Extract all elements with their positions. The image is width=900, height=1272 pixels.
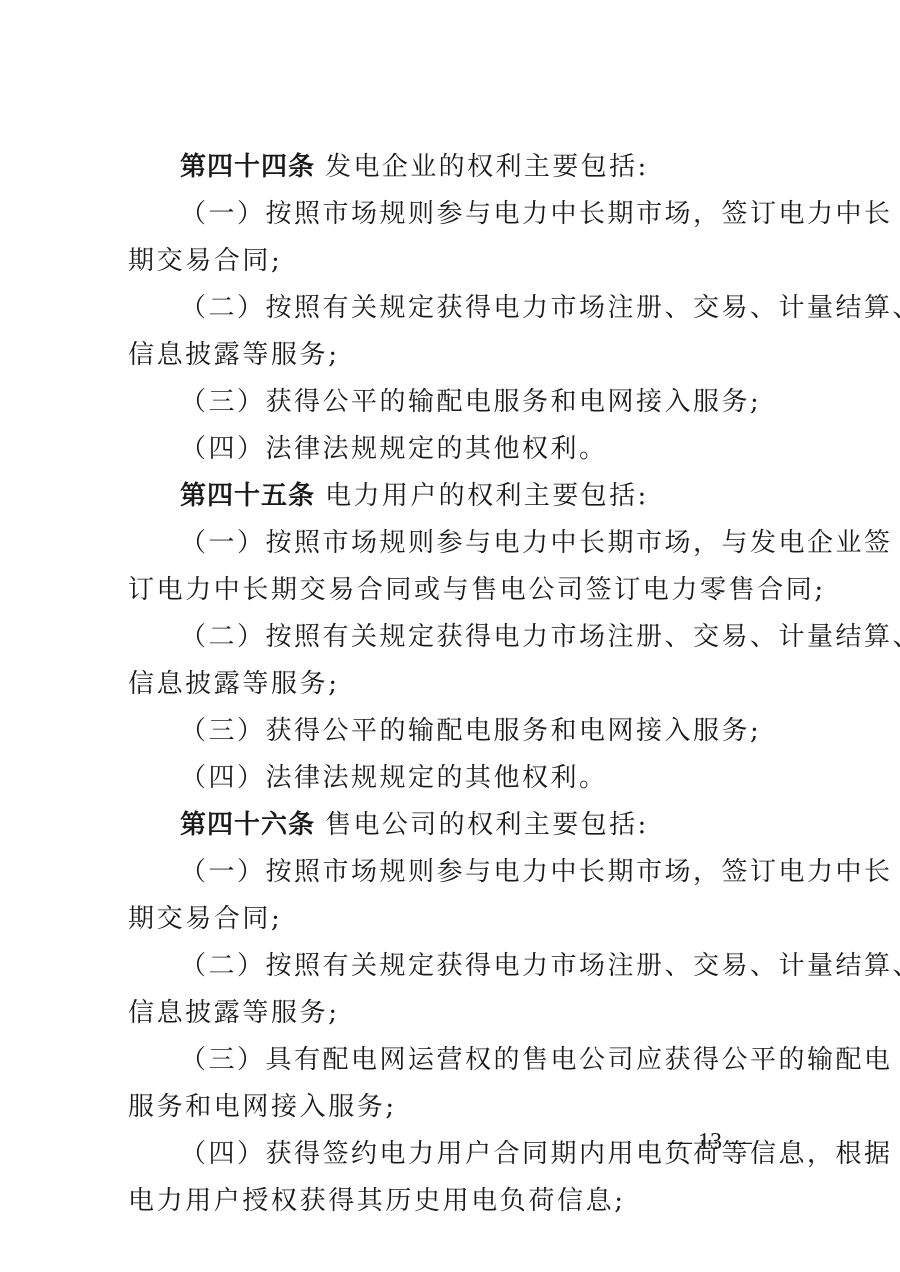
paragraph-line: 期交易合同; xyxy=(128,246,778,276)
article-intro: 电力用户的权利主要包括: xyxy=(325,481,649,511)
paragraph-line: （一）按照市场规则参与电力中长期市场，签订电力中长 xyxy=(180,857,830,887)
article-44-heading: 第四十四条 发电企业的权利主要包括: xyxy=(180,152,830,182)
article-45-heading: 第四十五条 电力用户的权利主要包括: xyxy=(180,481,830,511)
article-46-heading: 第四十六条 售电公司的权利主要包括: xyxy=(180,810,830,840)
paragraph-line: 电力用户授权获得其历史用电负荷信息; xyxy=(128,1186,778,1216)
article-title: 第四十五条 xyxy=(180,481,315,511)
paragraph-line: （二）按照有关规定获得电力市场注册、交易、计量结算、 xyxy=(180,951,830,981)
page-number: — 13 — xyxy=(668,1128,752,1156)
paragraph-line: （三）获得公平的输配电服务和电网接入服务; xyxy=(180,387,830,417)
paragraph-line: （一）按照市场规则参与电力中长期市场，与发电企业签 xyxy=(180,528,830,558)
paragraph-line: （四）法律法规规定的其他权利。 xyxy=(180,434,830,464)
paragraph-line: 信息披露等服务; xyxy=(128,998,778,1028)
paragraph-line: 订电力中长期交易合同或与售电公司签订电力零售合同; xyxy=(128,575,778,605)
paragraph-line: 信息披露等服务; xyxy=(128,669,778,699)
paragraph-line: 服务和电网接入服务; xyxy=(128,1092,778,1122)
article-intro: 发电企业的权利主要包括: xyxy=(325,152,649,182)
article-title: 第四十六条 xyxy=(180,810,315,840)
document-page: 第四十四条 发电企业的权利主要包括: （一）按照市场规则参与电力中长期市场，签订… xyxy=(0,0,900,1272)
paragraph-line: （二）按照有关规定获得电力市场注册、交易、计量结算、 xyxy=(180,622,830,652)
paragraph-line: （二）按照有关规定获得电力市场注册、交易、计量结算、 xyxy=(180,293,830,323)
paragraph-line: 期交易合同; xyxy=(128,904,778,934)
article-title: 第四十四条 xyxy=(180,152,315,182)
article-intro: 售电公司的权利主要包括: xyxy=(325,810,649,840)
paragraph-line: （一）按照市场规则参与电力中长期市场，签订电力中长 xyxy=(180,199,830,229)
paragraph-line: 信息披露等服务; xyxy=(128,340,778,370)
paragraph-line: （三）获得公平的输配电服务和电网接入服务; xyxy=(180,716,830,746)
paragraph-line: （四）法律法规规定的其他权利。 xyxy=(180,763,830,793)
paragraph-line: （三）具有配电网运营权的售电公司应获得公平的输配电 xyxy=(180,1045,830,1075)
